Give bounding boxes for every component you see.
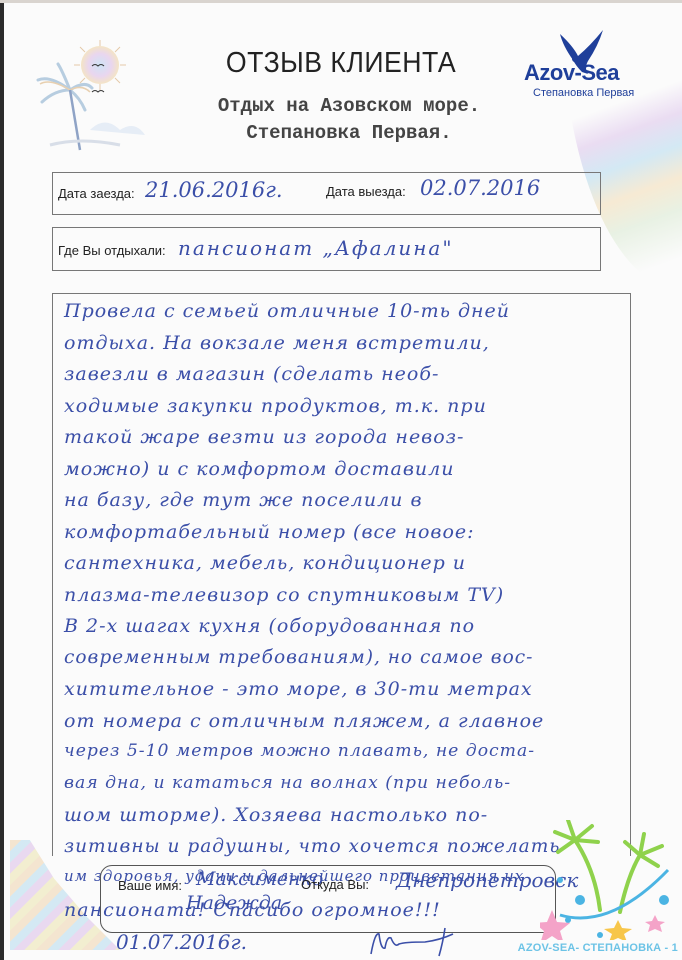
name-value-line2[interactable]: Надежда bbox=[186, 892, 282, 914]
arrival-date-value[interactable]: 21.06.2016г. bbox=[145, 178, 283, 202]
review-line: от номера с отличным пляжем, а главное bbox=[64, 710, 674, 742]
review-date: 01.07.2016г. bbox=[116, 930, 247, 954]
review-line: отдыха. На вокзале меня встретили, bbox=[64, 332, 674, 364]
review-line: сантехника, мебель, кондиционер и bbox=[64, 552, 674, 584]
review-line: плазма-телевизор со спутниковым TV) bbox=[64, 584, 674, 616]
review-line: современным требованиям), но самое вос- bbox=[64, 647, 674, 679]
signature-icon bbox=[365, 924, 475, 958]
departure-date-value[interactable]: 02.07.2016 bbox=[420, 176, 540, 200]
review-line: такой жаре везти из города невоз- bbox=[64, 426, 674, 458]
logo-tagline: Степановка Первая bbox=[533, 87, 634, 99]
logo-brand: Azov-Sea bbox=[524, 60, 619, 86]
review-line: В 2-х шагах кухня (оборудованная по bbox=[64, 615, 674, 647]
review-line: через 5-10 метров можно плавать, не дост… bbox=[64, 741, 674, 773]
review-line: завезли в магазин (сделать необ- bbox=[64, 363, 674, 395]
review-line: вая дна, и кататься на волнах (при небол… bbox=[64, 773, 674, 805]
departure-date-label: Дата выезда: bbox=[326, 184, 406, 199]
place-label: Где Вы отдыхали: bbox=[58, 243, 166, 258]
name-label: Ваше имя: bbox=[118, 878, 182, 893]
place-value[interactable]: пансионат „Афалина" bbox=[178, 236, 454, 260]
review-line: Провела с семьей отличные 10-ть дней bbox=[64, 300, 674, 332]
review-line: ходимые закупки продуктов, т.к. при bbox=[64, 395, 674, 427]
arrival-date-label: Дата заезда: bbox=[58, 186, 135, 201]
palm-starfish-icon bbox=[540, 820, 682, 940]
review-line: хитительное - это море, в 30-ти метрах bbox=[64, 678, 674, 710]
review-line: на базу, где тут же поселили в bbox=[64, 489, 674, 521]
review-line: комфортабельный номер (все новое: bbox=[64, 521, 674, 553]
watermark-text: AZOV-SEA- СТЕПАНОВКА - 1 bbox=[518, 942, 678, 954]
scan-top-edge bbox=[0, 0, 682, 3]
from-label: Откуда Вы: bbox=[301, 877, 369, 892]
scan-left-edge bbox=[0, 0, 4, 960]
form-subtitle-line2: Степановка Первая. bbox=[8, 122, 682, 144]
review-line: можно) и с комфортом доставили bbox=[64, 458, 674, 490]
